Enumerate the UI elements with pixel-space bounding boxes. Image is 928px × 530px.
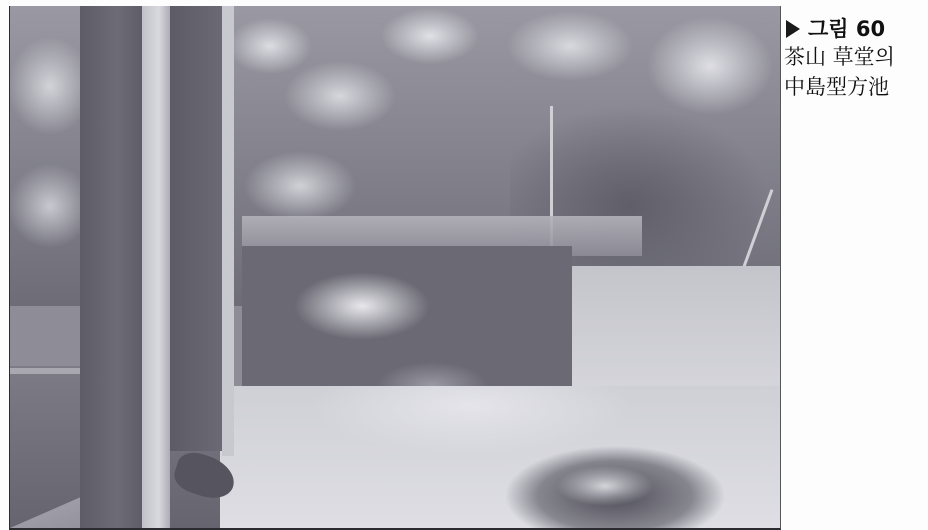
wooden-pillar — [170, 6, 222, 451]
snowy-shrub — [505, 446, 735, 528]
caption-line-1: 茶山 草堂의 — [784, 42, 928, 72]
figure-label: 그림 60 — [808, 16, 885, 42]
triangle-right-icon — [786, 20, 800, 38]
figure-caption: 그림 60 茶山 草堂의 中島型方池 — [784, 16, 928, 102]
square-pond — [242, 246, 572, 406]
caption-heading: 그림 60 — [784, 16, 928, 42]
wooden-pillar — [80, 6, 142, 528]
pillar-edge — [222, 6, 234, 456]
figure-photo — [9, 6, 781, 530]
pillar-edge — [142, 6, 170, 528]
caption-line-2: 中島型方池 — [784, 72, 928, 102]
veranda-rail — [10, 368, 80, 374]
